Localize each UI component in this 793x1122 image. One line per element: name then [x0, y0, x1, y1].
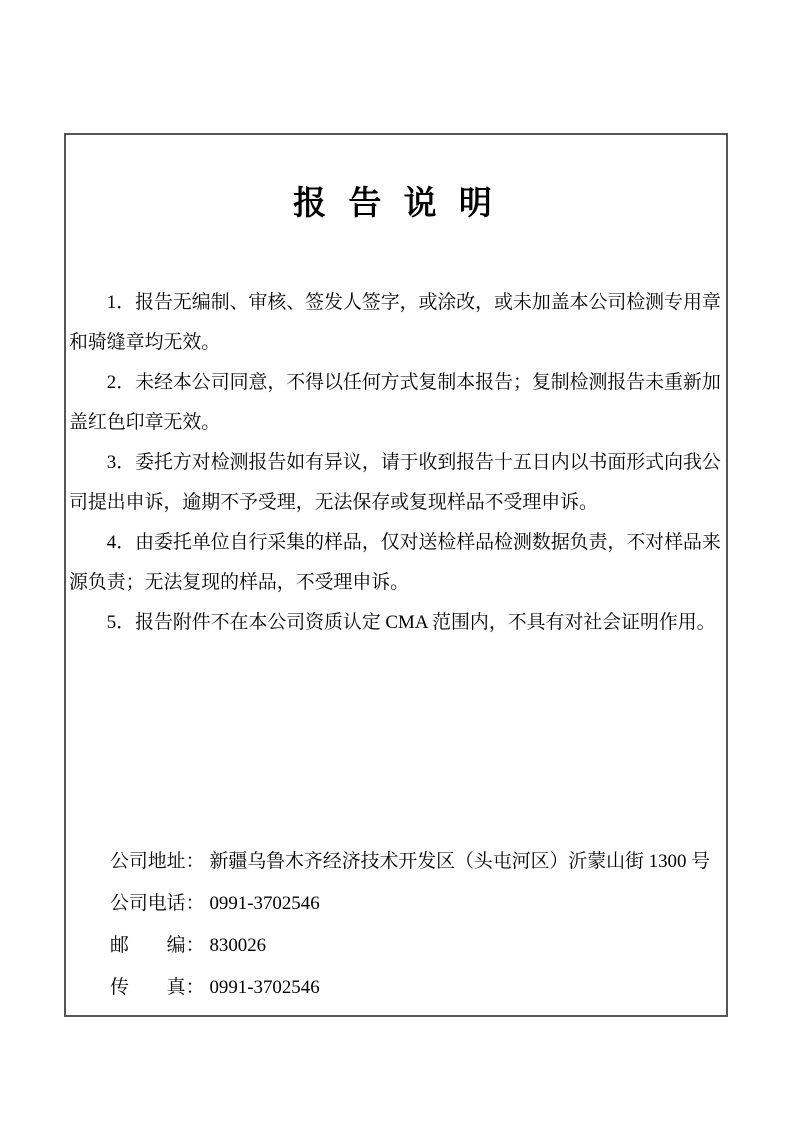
fax-value: 0991-3702546	[209, 977, 319, 998]
company-phone-label: 公司电话：	[110, 893, 204, 914]
company-address-label: 公司地址：	[110, 851, 204, 872]
page-border-frame: 报 告 说 明 1．报告无编制、审核、签发人签字，或涂改，或未加盖本公司检测专用…	[64, 133, 728, 1017]
postcode-value: 830026	[209, 935, 266, 956]
note-item-5: 5．报告附件不在本公司资质认定 CMA 范围内，不具有对社会证明作用。	[69, 603, 723, 643]
contact-row-fax: 传 真：0991-3702546	[110, 967, 723, 1009]
company-phone-value: 0991-3702546	[209, 893, 319, 914]
note-item-2: 2．未经本公司同意，不得以任何方式复制本报告；复制检测报告未重新加盖红色印章无效…	[69, 363, 723, 443]
contact-section: 公司地址：新疆乌鲁木齐经济技术开发区（头屯河区）沂蒙山街 1300 号 公司电话…	[69, 841, 723, 1009]
fax-label: 传 真：	[110, 977, 204, 998]
contact-row-address: 公司地址：新疆乌鲁木齐经济技术开发区（头屯河区）沂蒙山街 1300 号	[110, 841, 723, 883]
postcode-label: 邮 编：	[110, 935, 204, 956]
contact-row-postcode: 邮 编：830026	[110, 925, 723, 967]
contact-row-phone: 公司电话：0991-3702546	[110, 883, 723, 925]
company-address-value: 新疆乌鲁木齐经济技术开发区（头屯河区）沂蒙山街 1300 号	[209, 851, 710, 872]
page-title: 报 告 说 明	[69, 188, 723, 221]
note-item-4: 4．由委托单位自行采集的样品，仅对送检样品检测数据负责，不对样品来源负责；无法复…	[69, 523, 723, 603]
notes-section: 1．报告无编制、审核、签发人签字，或涂改，或未加盖本公司检测专用章和骑缝章均无效…	[69, 283, 723, 643]
note-item-3: 3．委托方对检测报告如有异议，请于收到报告十五日内以书面形式向我公司提出申诉，逾…	[69, 443, 723, 523]
note-item-1: 1．报告无编制、审核、签发人签字，或涂改，或未加盖本公司检测专用章和骑缝章均无效…	[69, 283, 723, 363]
